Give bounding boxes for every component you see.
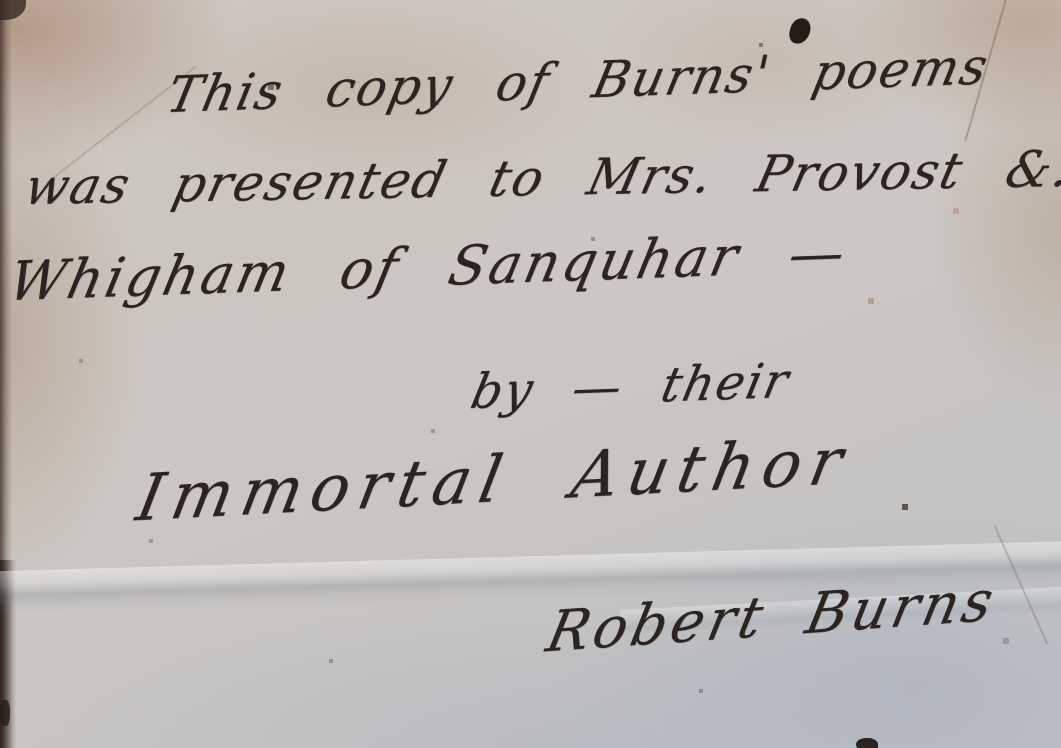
handwriting-line-4: by — their xyxy=(466,353,795,421)
paper-speckles xyxy=(0,0,2,2)
ink-blot-bottom-left xyxy=(0,700,10,726)
manuscript-page: This copy of Burns' poems was presented … xyxy=(0,0,1061,748)
ink-blot-bottom xyxy=(856,738,878,748)
handwriting-line-5: Immortal Author xyxy=(131,424,858,536)
handwriting-line-1: This copy of Burns' poems xyxy=(162,37,995,124)
handwriting-line-3: Whigham of Sanquhar — xyxy=(3,221,853,314)
ink-blot-top xyxy=(788,16,813,46)
paper-corner-dark-spot xyxy=(0,0,26,20)
handwriting-line-2: was presented to Mrs. Provost &. xyxy=(19,140,1061,216)
